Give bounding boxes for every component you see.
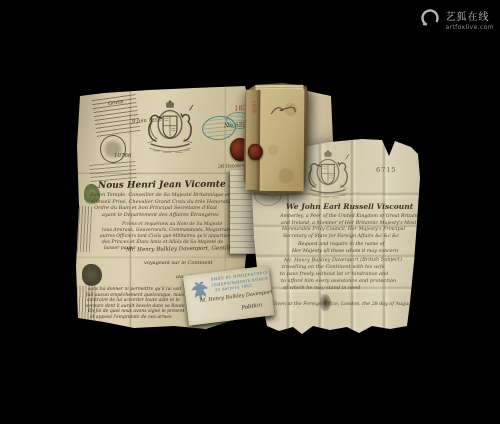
handwritten-line: travelling on the Continent with his wif… (282, 264, 385, 270)
handwritten-line: contraire de lui accorder toute aide et … (87, 298, 180, 303)
request-line: tous Amiraux, Gouverneurs, Commandants, … (102, 228, 237, 233)
request-line: autres Officiers tant Civils que Militai… (100, 234, 239, 239)
handwritten-line: to afford him every assistance and prote… (281, 278, 396, 284)
preamble-line: Secretary of State for Foreign Affairs &… (283, 234, 399, 240)
consul-signature: Politkin (241, 302, 263, 311)
seal-remnant (320, 294, 331, 311)
dateline: Given at the Foreign Office, London, the… (272, 302, 426, 307)
request-line: Request and require in the name of (298, 242, 384, 248)
handwritten-line: et apposé l'empreinte de nos armes (90, 315, 171, 320)
preamble-line: Amberley, a Peer of the United Kingdom o… (280, 214, 418, 220)
preamble-line: Baron Temple, Conseiller de Sa Majesté B… (90, 193, 242, 199)
auction-photo-scene: Gratis 9 Juin 1858 10766 1831 No 522 26 … (0, 0, 500, 424)
registry-number: 10766 (114, 153, 132, 159)
travel-line: voyageant sur le Continent (144, 260, 213, 266)
handwritten-line: fait aucun empêchement quelconque, mais … (86, 293, 191, 298)
small-notebook: 1858 (243, 82, 310, 197)
passport-title: We John Earl Russell Viscount (286, 202, 413, 211)
artfox-logo-icon (420, 8, 440, 28)
wax-seal (248, 144, 263, 160)
handwritten-line: secours dont il aurait besoin dans sa Ro… (86, 304, 186, 309)
preamble-line: Ordre du Bain et Son Principal Secrétair… (94, 206, 217, 212)
handwritten-line: of which he may stand in need (283, 285, 360, 291)
consular-visa-card: ВИДЪ ВЪ ИМПЕРАТОРСКОМЪ РОССІЙСКОМЪ ГЕНЕР… (183, 266, 274, 326)
number-stamp: 6715 (376, 166, 397, 174)
preamble-line: and Ireland, a Member of Her Britannic M… (281, 221, 416, 227)
handwritten-line: to pass freely without let or hindrance … (280, 271, 388, 277)
request-line: Her Majesty all those whom it may concer… (292, 249, 398, 255)
pen-flourish (269, 104, 297, 118)
preamble-line: ayant le Département des Affaires Étrang… (102, 213, 219, 219)
watermark-text-block: 艺狐在线 artfoxlive.com (445, 8, 494, 31)
handwritten-line: sans lui donner ni permettre qu'il lui s… (88, 287, 182, 292)
preamble-line: Honourable Privy Council, Her Majesty's … (282, 227, 405, 233)
request-line: Prions et requérons au Nom de Sa Majesté (122, 222, 222, 227)
watermark-site-name: 艺狐在线 (445, 8, 494, 23)
fold-crease (74, 256, 252, 259)
rotated-text-stamp (74, 206, 92, 253)
royal-coat-of-arms (134, 98, 206, 162)
watermark: 艺狐在线 artfoxlive.com (420, 8, 494, 31)
watermark-site-domain: artfoxlive.com (445, 24, 494, 31)
dark-floral-stamp (82, 264, 102, 286)
handwritten-line: Mr. Henry Bulkley Davenport (British Sub… (284, 256, 402, 263)
red-margin-note: 1858 (250, 100, 257, 113)
request-line: des Princes et États Amis et Alliés de S… (102, 240, 223, 245)
handwritten-line: En foi de quoi nous avons signé le prése… (88, 309, 185, 314)
